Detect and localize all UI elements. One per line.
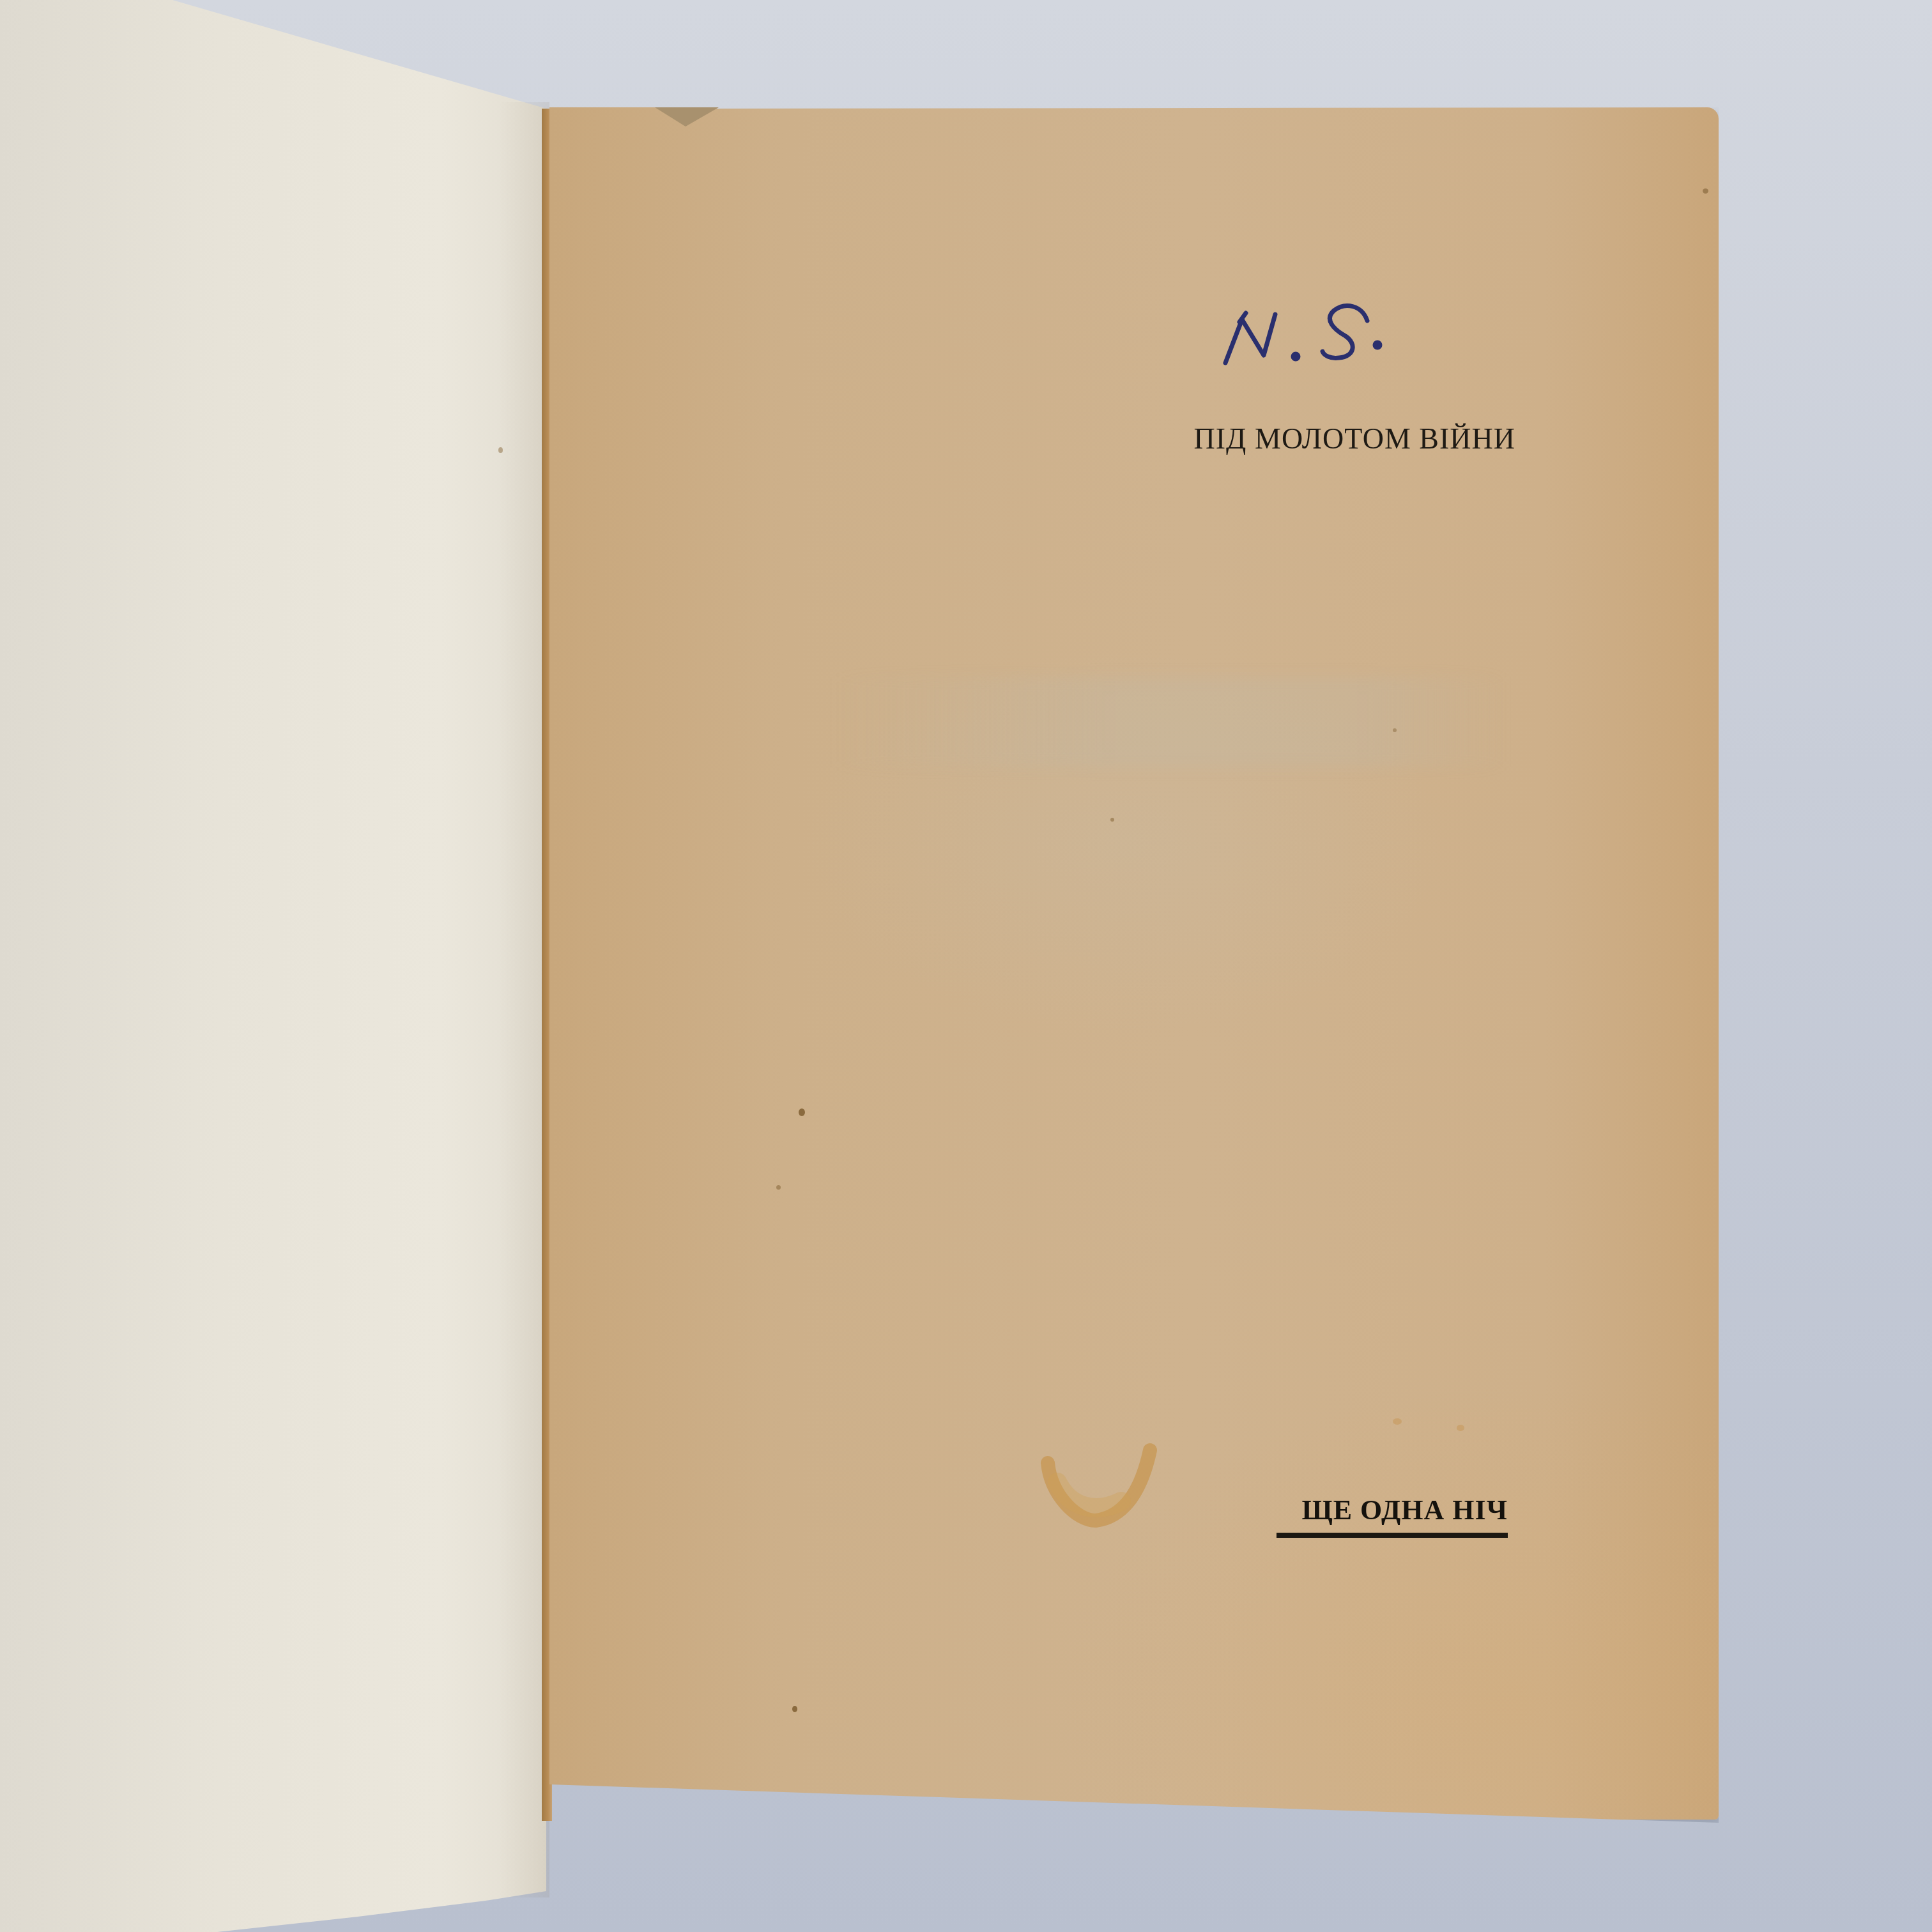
- subtitle-block: ЩЕ ОДНА НІЧ: [1271, 1494, 1508, 1538]
- speck: [498, 447, 503, 453]
- speck: [1703, 188, 1708, 194]
- speck: [1110, 818, 1114, 822]
- subtitle-underline: [1276, 1533, 1508, 1538]
- speck: [799, 1108, 805, 1116]
- book-subtitle: ЩЕ ОДНА НІЧ: [1271, 1494, 1508, 1526]
- speck: [1393, 1418, 1402, 1425]
- show-through-print: [831, 677, 1508, 767]
- book-title: ПІД МОЛОТОМ ВІЙНИ: [1158, 422, 1515, 456]
- speck: [1393, 728, 1397, 732]
- speck: [776, 1185, 781, 1190]
- foxing-stain: [1032, 1437, 1160, 1546]
- left-endpaper: [0, 0, 549, 1932]
- speck: [792, 1706, 797, 1712]
- speck: [1457, 1425, 1464, 1431]
- half-title-page: [549, 107, 1719, 1820]
- handwritten-initials: N. S.: [1220, 281, 1425, 371]
